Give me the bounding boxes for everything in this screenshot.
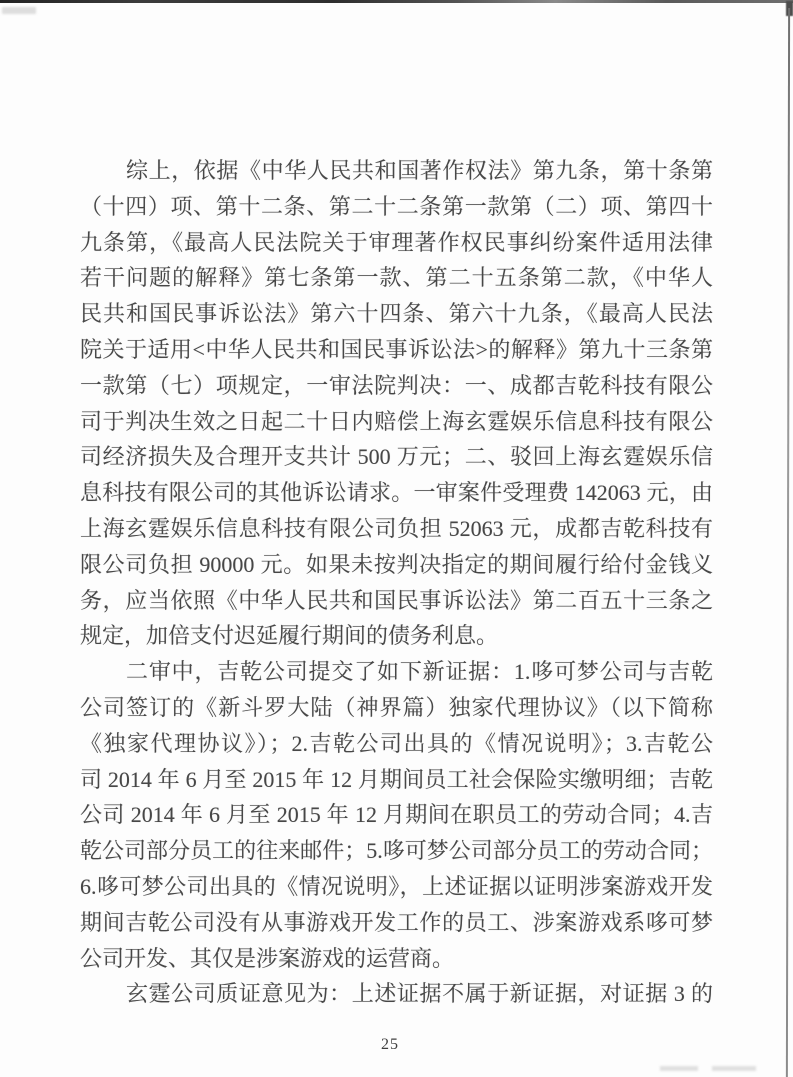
text-line: 《独家代理协议》）；2.吉乾公司出具的《情况说明》；3.吉乾公 [80,726,713,762]
text-line: 上海玄霆娱乐信息科技有限公司负担 52063 元，成都吉乾科技有 [80,511,713,547]
scan-artifact-right-edge-line [786,8,790,1077]
scan-artifact-top-right-mark [786,1,793,16]
text-line: 玄霆公司质证意见为：上述证据不属于新证据，对证据 3 的 [80,976,713,1012]
text-line: 民共和国民事诉讼法》第六十四条、第六十九条，《最高人民法 [80,296,713,332]
text-line: 公司开发、其仅是涉案游戏的运营商。 [80,941,713,977]
text-line: 院关于适用<中华人民共和国民事诉讼法>的解释》第九十三条第 [80,332,713,368]
text-line: 公司 2014 年 6 月至 2015 年 12 月期间在职员工的劳动合同；4.… [80,797,713,833]
text-line: 规定，加倍支付迟延履行期间的债务利息。 [80,618,713,654]
scan-artifact-bottom-smudge [660,1066,698,1071]
paragraph-new-evidence: 二审中，吉乾公司提交了如下新证据：1.哆可梦公司与吉乾 公司签订的《新斗罗大陆（… [80,654,713,976]
document-page: 综上，依据《中华人民共和国著作权法》第九条，第十条第 （十四）项、第十二条、第二… [0,0,793,1077]
paragraph-ruling: 综上，依据《中华人民共和国著作权法》第九条，第十条第 （十四）项、第十二条、第二… [80,153,713,654]
text-line: 限公司负担 90000 元。如果未按判决指定的期间履行给付金钱义 [80,547,713,583]
text-line: 公司签订的《新斗罗大陆（神界篇）独家代理协议》（以下简称 [80,690,713,726]
page-number: 25 [0,1036,780,1054]
text-line: 息科技有限公司的其他诉讼请求。一审案件受理费 142063 元，由 [80,475,713,511]
text-line: 若干问题的解释》第七条第一款、第二十五条第二款，《中华人 [80,260,713,296]
scan-artifact-bottom-smudge [712,1066,756,1071]
text-line: 综上，依据《中华人民共和国著作权法》第九条，第十条第 [80,153,713,189]
text-line: 二审中，吉乾公司提交了如下新证据：1.哆可梦公司与吉乾 [80,654,713,690]
text-line: 一款第（七）项规定，一审法院判决：一、成都吉乾科技有限公 [80,368,713,404]
text-line: 务，应当依照《中华人民共和国民事诉讼法》第二百五十三条之 [80,583,713,619]
text-line: 6.哆可梦公司出具的《情况说明》，上述证据以证明涉案游戏开发 [80,869,713,905]
judgment-text: 综上，依据《中华人民共和国著作权法》第九条，第十条第 （十四）项、第十二条、第二… [80,153,713,1012]
scan-artifact-top-edge [0,0,793,3]
text-line: 期间吉乾公司没有从事游戏开发工作的员工、涉案游戏系哆可梦 [80,905,713,941]
paragraph-cross-examination: 玄霆公司质证意见为：上述证据不属于新证据，对证据 3 的 [80,976,713,1012]
text-line: 司 2014 年 6 月至 2015 年 12 月期间员工社会保险实缴明细；吉乾 [80,762,713,798]
text-line: （十四）项、第十二条、第二十二条第一款第（二）项、第四十 [80,189,713,225]
text-line: 乾公司部分员工的往来邮件；5.哆可梦公司部分员工的劳动合同； [80,833,713,869]
text-line: 九条第，《最高人民法院关于审理著作权民事纠纷案件适用法律 [80,225,713,261]
scan-artifact-top-left-smudge [2,7,36,14]
text-line: 司于判决生效之日起二十日内赔偿上海玄霆娱乐信息科技有限公 [80,404,713,440]
text-line: 司经济损失及合理开支共计 500 万元；二、驳回上海玄霆娱乐信 [80,439,713,475]
